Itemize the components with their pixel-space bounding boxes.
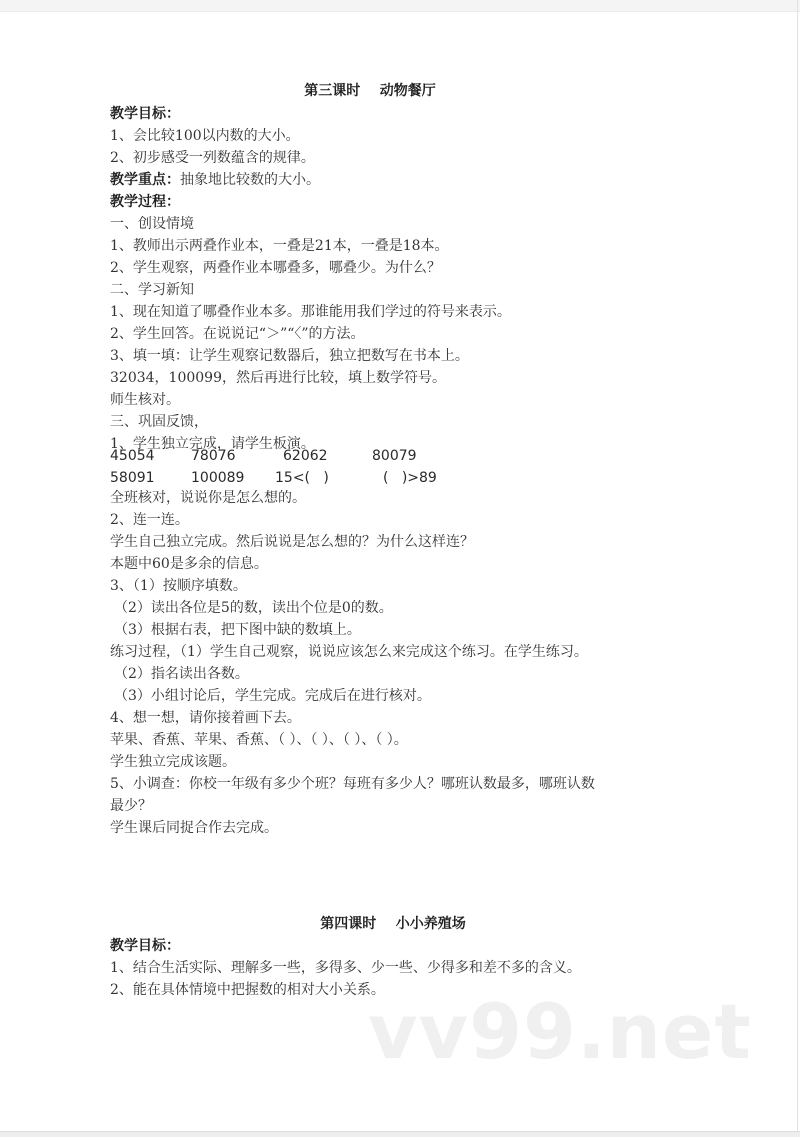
number-r1-c3: 62062: [283, 446, 328, 466]
section3-line-14: 5、小调查：你校一年级有多少个班？每班有多少人？哪班认数最多，哪班认数: [110, 774, 595, 794]
section2-item-5: 师生核对。: [110, 390, 180, 410]
number-r2-c1: 58091: [110, 468, 155, 488]
section3-line-3: 学生自己独立完成。然后说说是怎么想的？为什么这样连？: [110, 532, 474, 552]
section2-heading: 二、学习新知: [110, 280, 194, 300]
watermark: vv99.net: [368, 992, 752, 1072]
section2-item-1: 1、现在知道了哪叠作业本多。那谁能用我们学过的符号来表示。: [110, 302, 511, 322]
section3-line-1: 全班核对，说说你是怎么想的。: [110, 488, 306, 508]
lesson3-focus-text: 抽象地比较数的大小。: [180, 172, 320, 188]
section3-line-11: 4、想一想，请你接着画下去。: [110, 708, 301, 728]
section3-line-9: （2）指名读出各数。: [114, 664, 249, 684]
section1-item-2: 2、学生观察，两叠作业本哪叠多，哪叠少。为什么？: [110, 258, 441, 278]
number-r1-c1: 45054: [110, 446, 155, 466]
number-r1-c2: 78076: [191, 446, 236, 466]
lesson4-objective-2: 2、能在具体情境中把握数的相对大小关系。: [110, 980, 385, 1000]
section3-line-10: （3）小组讨论后，学生完成。完成后在进行核对。: [114, 686, 431, 706]
lesson4-objective-1: 1、结合生活实际、理解多一些，多得多、少一些、少得多和差不多的含义。: [110, 958, 581, 978]
lesson3-process-heading: 教学过程：: [110, 192, 180, 212]
number-r1-c4: 80079: [372, 446, 417, 466]
section3-line-8: 练习过程，（1）学生自己观察，说说应该怎么来完成这个练习。在学生练习。: [110, 642, 588, 662]
section3-line-4: 本题中60是多余的信息。: [110, 554, 268, 574]
section3-line-12: 苹果、香蕉、苹果、香蕉、（ ）、（ ）、（ ）、（ ）。: [110, 730, 408, 750]
lesson3-objective-1: 1、会比较100以内数的大小。: [110, 126, 300, 146]
lesson3-title: 第三课时 动物餐厅: [0, 81, 740, 101]
section1-heading: 一、创设情境: [110, 214, 194, 234]
section1-item-1: 1、教师出示两叠作业本，一叠是21本，一叠是18本。: [110, 236, 449, 256]
number-r2-c3: 15<( ): [275, 468, 329, 488]
section3-line-16: 学生课后同捉合作去完成。: [110, 818, 278, 838]
lesson3-focus-label: 教学重点：: [110, 172, 180, 188]
number-r2-c4: ( )>89: [383, 468, 437, 488]
document-page: 第三课时 动物餐厅 教学目标： 1、会比较100以内数的大小。 2、初步感受一列…: [0, 0, 800, 1137]
section2-item-3: 3、填一填：让学生观察记数器后，独立把数写在书本上。: [110, 346, 469, 366]
section3-line-13: 学生独立完成该题。: [110, 752, 236, 772]
section2-item-2: 2、学生回答。在说说记“＞”“〈”的方法。: [110, 324, 365, 344]
lesson4-title: 第四课时 小小养殖场: [0, 914, 786, 934]
section3-line-6: （2）读出各位是5的数，读出个位是0的数。: [114, 598, 393, 618]
section2-item-4: 32034，100099，然后再进行比较，填上数学符号。: [110, 368, 446, 388]
section3-line-2: 2、连一连。: [110, 510, 189, 530]
lesson4-objectives-heading: 教学目标：: [110, 936, 180, 956]
section3-line-15: 最少？: [110, 796, 152, 816]
section3-heading: 三、巩固反馈，: [110, 412, 208, 432]
section3-line-5: 3、（1）按顺序填数。: [110, 576, 247, 596]
lesson3-objectives-heading: 教学目标：: [110, 104, 180, 124]
lesson3-focus: 教学重点：抽象地比较数的大小。: [110, 170, 320, 190]
lesson3-objective-2: 2、初步感受一列数蕴含的规律。: [110, 148, 315, 168]
section3-line-7: （3）根据右表，把下图中缺的数填上。: [114, 620, 361, 640]
number-r2-c2: 100089: [191, 468, 244, 488]
